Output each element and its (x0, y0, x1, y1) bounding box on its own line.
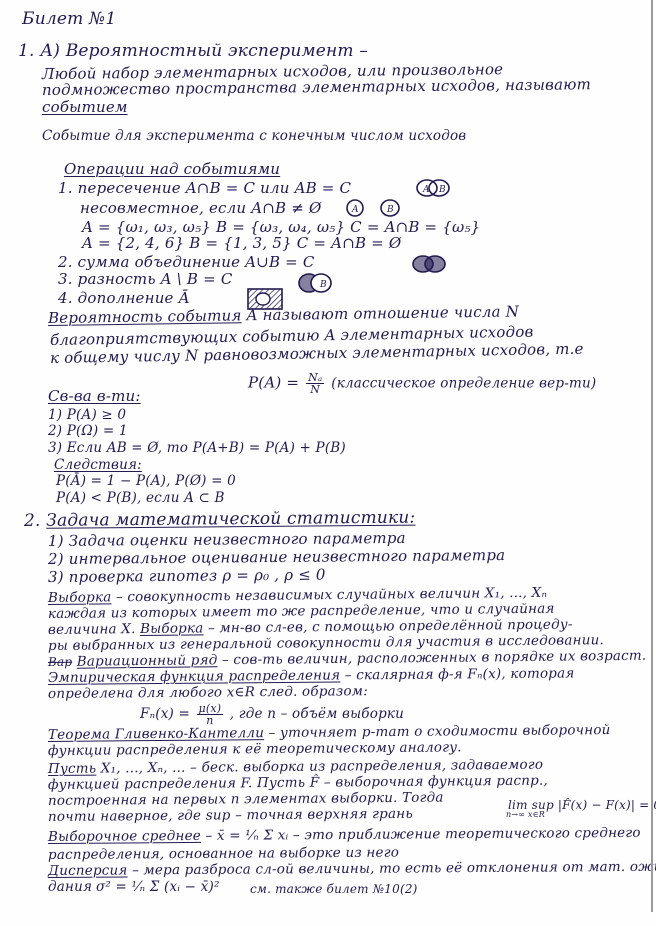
operation-intersection: 1. пересечение A∩B = C или AB = C (58, 180, 351, 197)
corollaries-heading: Следствия: (54, 458, 142, 473)
ticket-title: Билет №1 (22, 10, 116, 29)
corollary-1: P(Ā) = 1 − P(A), P(Ø) = 0 (56, 474, 236, 489)
empirical-cdf-formula: Fₙ(x) = μ(x)n , где n – объём выборки (140, 703, 404, 726)
svg-text:B: B (438, 185, 446, 195)
sample-mean-line-1: Выборочное среднее – x̄ = ¹⁄ₙ Σ xᵢ – это… (48, 826, 641, 845)
stat-task-3: 3) проверка гипотез ρ = ρ₀ , ρ ≤ 0 (48, 567, 326, 586)
operation-union: 2. сумма объединение A∪B = C (58, 254, 315, 271)
scanned-page: Билет №1 1. А) Вероятностный эксперимент… (0, 0, 656, 926)
probability-term: Вероятность события (48, 306, 242, 327)
empirical-cdf-line-2: определена для любого x∈R след. образом: (48, 684, 368, 702)
venn-disjoint-icon: AB (345, 198, 415, 218)
event-note: Событие для эксперимента с конечным числ… (42, 129, 466, 144)
venn-difference-icon: B (296, 272, 336, 294)
venn-intersection-icon: AB (414, 178, 454, 198)
corollary-2: P(A) < P(B), если A ⊂ B (56, 491, 225, 506)
svg-text:B: B (386, 205, 394, 215)
glivenko-line-2: функции распределения к её теоретическом… (48, 740, 462, 759)
stat-task-2: 2) интервальное оценивание неизвестного … (48, 547, 505, 568)
glivenko-limit-subscript: n→∞ x∈R (506, 810, 545, 819)
properties-heading: Св-ва в-ти: (48, 388, 141, 405)
variance-line-2: дания (48, 880, 92, 895)
property-3: 3) Если AB = Ø, то P(A+B) = P(A) + P(B) (48, 441, 346, 456)
operations-heading: Операции над событиями (64, 161, 280, 178)
operation-complement: 4. дополнение Ā (58, 290, 190, 307)
svg-text:A: A (351, 205, 359, 215)
glivenko-line-6: почти наверное, где sup – точная верхняя… (48, 807, 413, 825)
example-number-sets: A = {2, 4, 6} B = {1, 3, 5} C = A∩B = Ø (82, 235, 401, 252)
definition-line-2: подмножество пространства элементарных и… (42, 76, 591, 99)
svg-text:B: B (319, 280, 327, 290)
svg-text:A: A (422, 185, 430, 195)
section1-heading: 1. А) Вероятностный эксперимент – (18, 42, 368, 61)
variance-formula: σ² = ¹⁄ₙ Σ (xᵢ − x̄)² (96, 880, 220, 895)
classical-probability-formula: P(A) = NₐN (классическое определение вер… (248, 372, 596, 395)
property-2: 2) P(Ω) = 1 (48, 424, 128, 439)
property-1: 1) P(A) ≥ 0 (48, 408, 126, 423)
see-also-note: см. также билет №10(2) (250, 882, 418, 896)
section2-heading: 2. Задача математической статистики: (24, 509, 416, 531)
operation-disjoint: несовместное, если A∩B ≠ Ø (80, 200, 321, 217)
page-edge-line (651, 0, 653, 912)
venn-union-icon (410, 254, 450, 274)
defined-term-event: событием (42, 99, 128, 116)
variance-line-1: Дисперсия – мера разброса сл-ой величины… (48, 860, 656, 879)
operation-difference: 3. разность A \ B = C (58, 271, 233, 288)
